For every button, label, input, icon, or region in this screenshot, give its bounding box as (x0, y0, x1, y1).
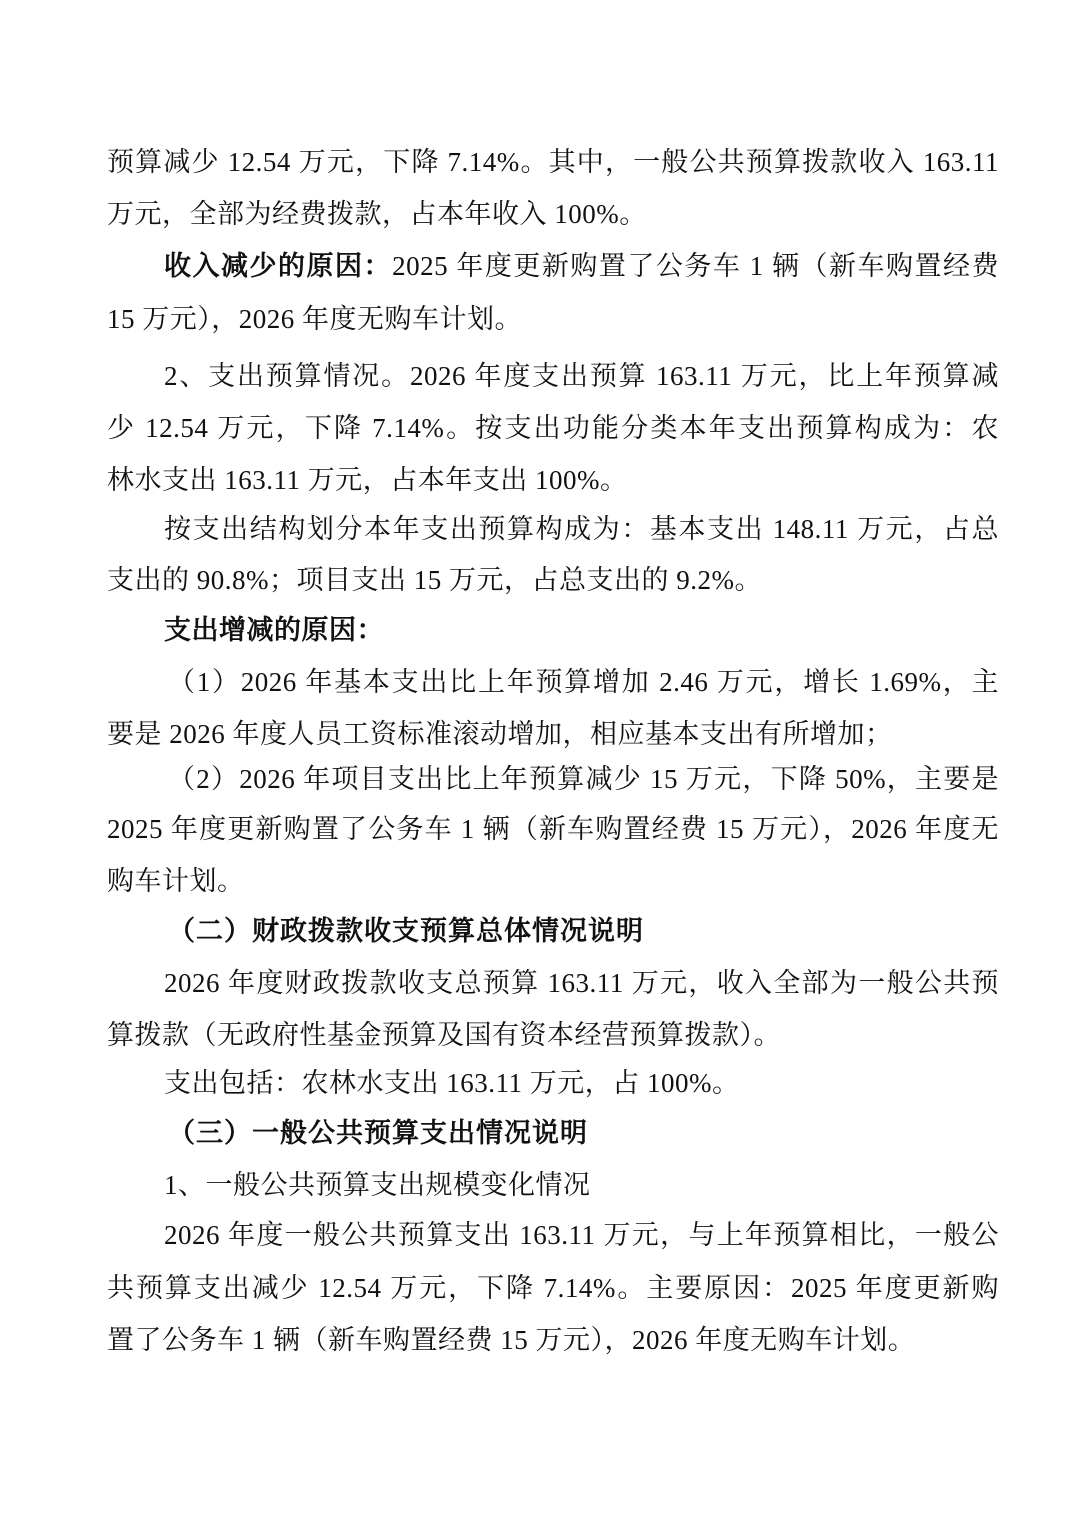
paragraph-line: 支出包括：农林水支出 163.11 万元，占 100%。 (164, 1063, 999, 1103)
paragraph-line: 少 12.54 万元，下降 7.14%。按支出功能分类本年支出预算构成为：农 (107, 408, 999, 448)
expenditure-budget-heading-line: 2、支出预算情况。2026 年度支出预算 163.11 万元，比上年预算减 (164, 356, 999, 396)
paragraph-line: 按支出结构划分本年支出预算构成为：基本支出 148.11 万元，占总 (164, 509, 999, 549)
bold-label: 收入减少的原因： (164, 251, 392, 281)
section-heading-2: （二）财政拨款收支预算总体情况说明 (168, 911, 999, 951)
paragraph-line: 林水支出 163.11 万元，占本年支出 100%。 (107, 460, 999, 500)
list-item-1: （1）2026 年基本支出比上年预算增加 2.46 万元，增长 1.69%，主 (168, 662, 999, 702)
paragraph-line: 支出的 90.8%；项目支出 15 万元，占总支出的 9.2%。 (107, 560, 999, 600)
paragraph-line: 万元，全部为经费拨款，占本年收入 100%。 (107, 194, 999, 234)
list-item-2: （2）2026 年项目支出比上年预算减少 15 万元，下降 50%，主要是 (168, 759, 999, 799)
section-heading-3: （三）一般公共预算支出情况说明 (168, 1113, 999, 1153)
paragraph-line: 共预算支出减少 12.54 万元，下降 7.14%。主要原因：2025 年度更新… (107, 1268, 999, 1308)
paragraph-line: 预算减少 12.54 万元，下降 7.14%。其中，一般公共预算拨款收入 163… (107, 142, 999, 182)
expenditure-change-reason-label: 支出增减的原因： (164, 610, 999, 650)
paragraph-text: 2025 年度更新购置了公务车 1 辆（新车购置经费 (392, 251, 999, 281)
paragraph-line: 2025 年度更新购置了公务车 1 辆（新车购置经费 15 万元），2026 年… (107, 809, 999, 849)
subsection-heading: 1、一般公共预算支出规模变化情况 (164, 1165, 999, 1205)
paragraph-line: 2026 年度财政拨款收支总预算 163.11 万元，收入全部为一般公共预 (164, 963, 999, 1003)
income-decrease-reason: 收入减少的原因：2025 年度更新购置了公务车 1 辆（新车购置经费 (164, 246, 999, 286)
bold-label: 支出增减的原因： (164, 615, 384, 645)
paragraph-line: 置了公务车 1 辆（新车购置经费 15 万元），2026 年度无购车计划。 (107, 1320, 999, 1360)
paragraph-line: 要是 2026 年度人员工资标准滚动增加，相应基本支出有所增加； (107, 714, 999, 754)
document-page: 预算减少 12.54 万元，下降 7.14%。其中，一般公共预算拨款收入 163… (0, 0, 1074, 1520)
paragraph-line: 15 万元），2026 年度无购车计划。 (107, 299, 999, 339)
paragraph-line: 算拨款（无政府性基金预算及国有资本经营预算拨款）。 (107, 1015, 999, 1055)
paragraph-line: 购车计划。 (107, 861, 999, 901)
paragraph-line: 2026 年度一般公共预算支出 163.11 万元，与上年预算相比，一般公 (164, 1215, 999, 1255)
